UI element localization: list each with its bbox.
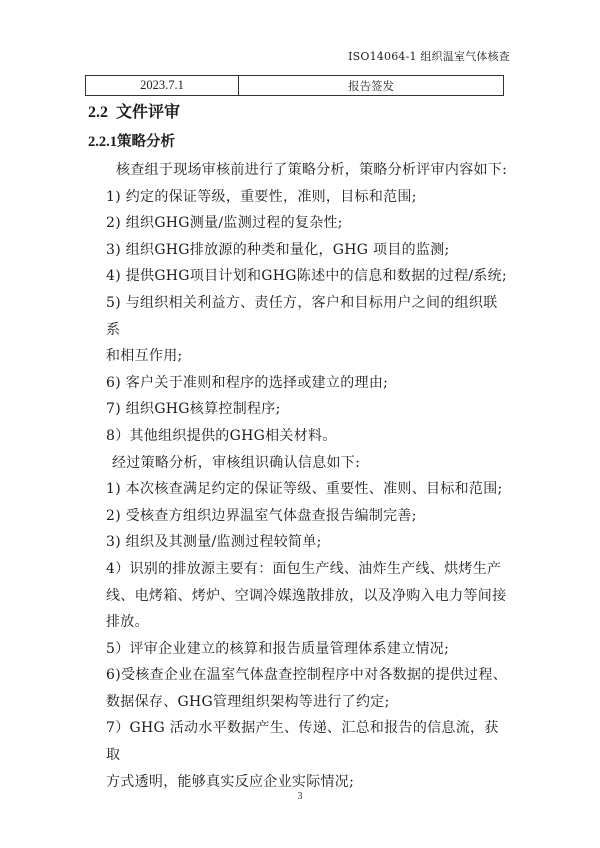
finding-item: 2) 受核查方组织边界温室气体盘查报告编制完善;: [88, 503, 508, 530]
finding-item: 3) 组织及其测量/监测过程较简单;: [88, 529, 508, 556]
section-heading: 2.2文件评审: [88, 98, 508, 127]
strategy-item: 8）其他组织提供的GHG相关材料。: [88, 423, 508, 450]
document-body: 2.2文件评审 2.2.1策略分析 核查组于现场审核前进行了策略分析，策略分析评…: [88, 98, 508, 795]
subsection-heading: 2.2.1策略分析: [88, 127, 508, 157]
strategy-item: 6) 客户关于准则和程序的选择或建立的理由;: [88, 370, 508, 397]
strategy-item: 7) 组织GHG核算控制程序;: [88, 396, 508, 423]
strategy-item-continuation: 和相互作用;: [88, 343, 508, 370]
finding-item: 4）识别的排放源主要有：面包生产线、油炸生产线、烘烤生产: [88, 556, 508, 583]
findings-intro: 经过策略分析，审核组识确认信息如下:: [88, 450, 508, 477]
revision-date-cell: 2023.7.1: [86, 76, 239, 95]
strategy-item: 2) 组织GHG测量/监测过程的复杂性;: [88, 210, 508, 237]
finding-item: 5）评审企业建立的核算和报告质量管理体系建立情况;: [88, 636, 508, 663]
section-title: 文件评审: [116, 102, 180, 121]
finding-item-continuation: 线、电烤箱、烤炉、空调冷媒逸散排放，以及净购入电力等间接: [88, 583, 508, 610]
finding-item: 7）GHG 活动水平数据产生、传递、汇总和报告的信息流，获取: [88, 715, 508, 768]
strategy-item: 5) 与组织相关利益方、责任方，客户和目标用户之间的组织联系: [88, 290, 508, 343]
strategy-intro: 核查组于现场审核前进行了策略分析，策略分析评审内容如下:: [88, 157, 508, 184]
subsection-title: 策略分析: [117, 133, 175, 150]
subsection-number: 2.2.1: [88, 134, 117, 150]
strategy-item: 3) 组织GHG排放源的种类和量化，GHG 项目的监测;: [88, 237, 508, 264]
revision-table: 2023.7.1 报告签发: [85, 75, 504, 96]
section-number: 2.2: [88, 104, 108, 121]
finding-item: 1) 本次核查满足约定的保证等级、重要性、准则、目标和范围;: [88, 476, 508, 503]
finding-item: 6)受核查企业在温室气体盘查控制程序中对各数据的提供过程、: [88, 662, 508, 689]
running-header: ISO14064-1 组织温室气体核查: [348, 48, 510, 64]
page-number: 3: [0, 791, 600, 802]
revision-description-cell: 报告签发: [239, 76, 503, 95]
strategy-item: 1) 约定的保证等级，重要性，准则，目标和范围;: [88, 184, 508, 211]
finding-item-continuation: 数据保存、GHG管理组织架构等进行了约定;: [88, 689, 508, 716]
strategy-item: 4) 提供GHG项目计划和GHG陈述中的信息和数据的过程/系统;: [88, 263, 508, 290]
finding-item-continuation: 排放。: [88, 609, 508, 636]
